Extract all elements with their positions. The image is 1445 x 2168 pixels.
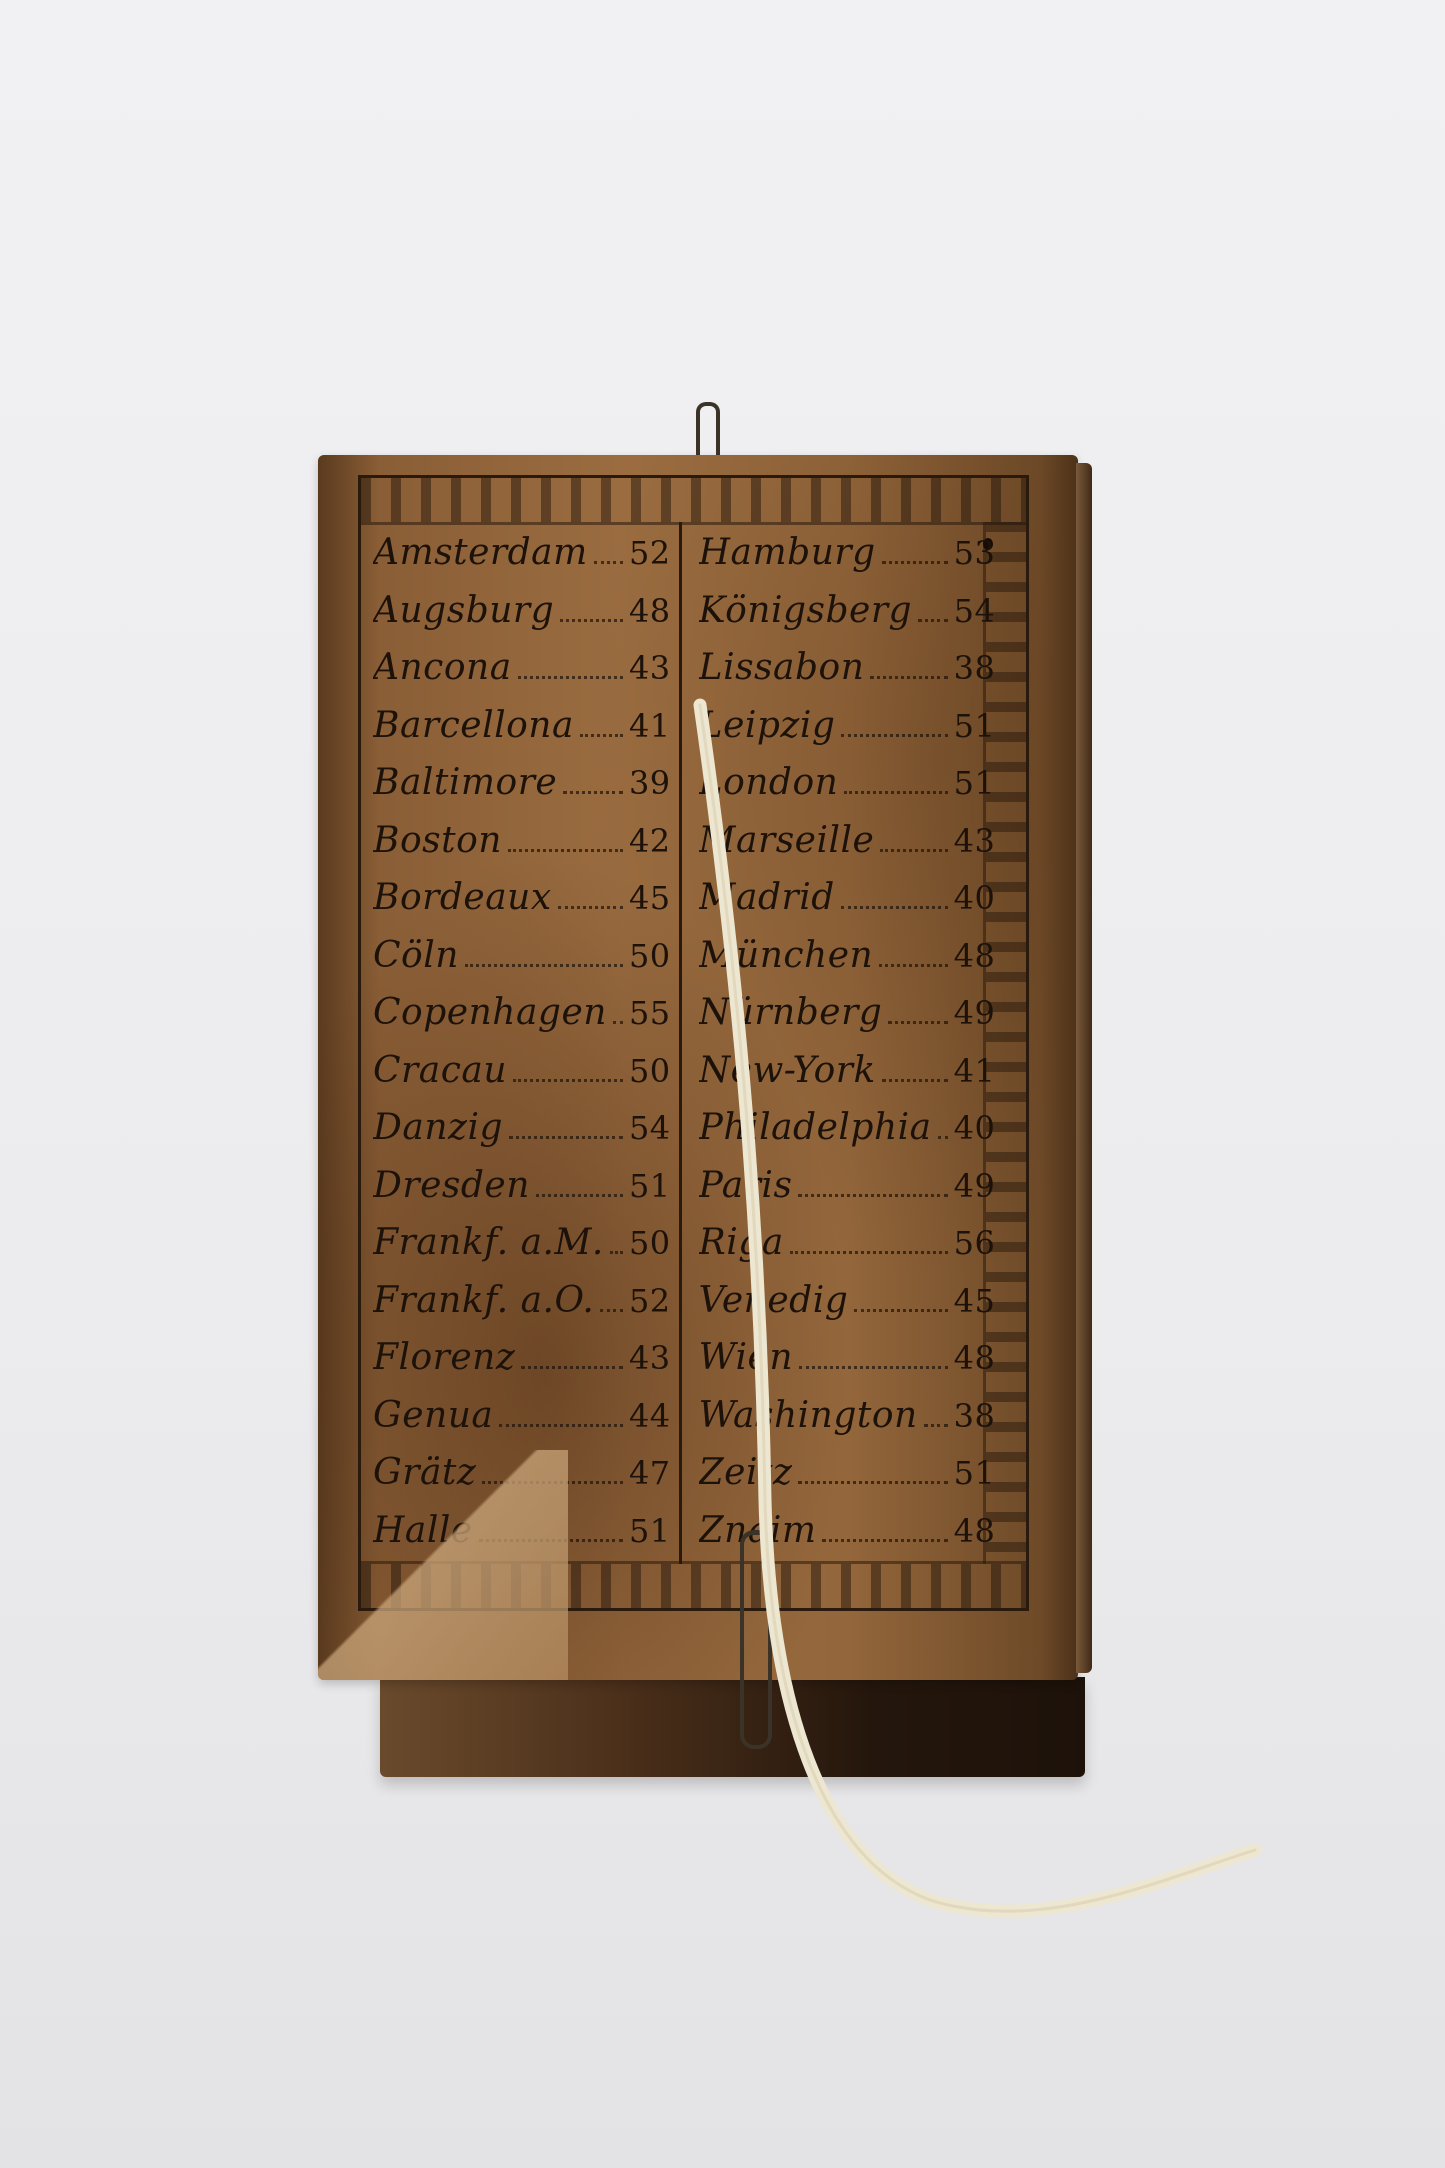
gnomon-string: [0, 0, 1445, 2168]
photo-scene: Amsterdam52Augsburg48Ancona43Barcellona4…: [0, 0, 1445, 2168]
